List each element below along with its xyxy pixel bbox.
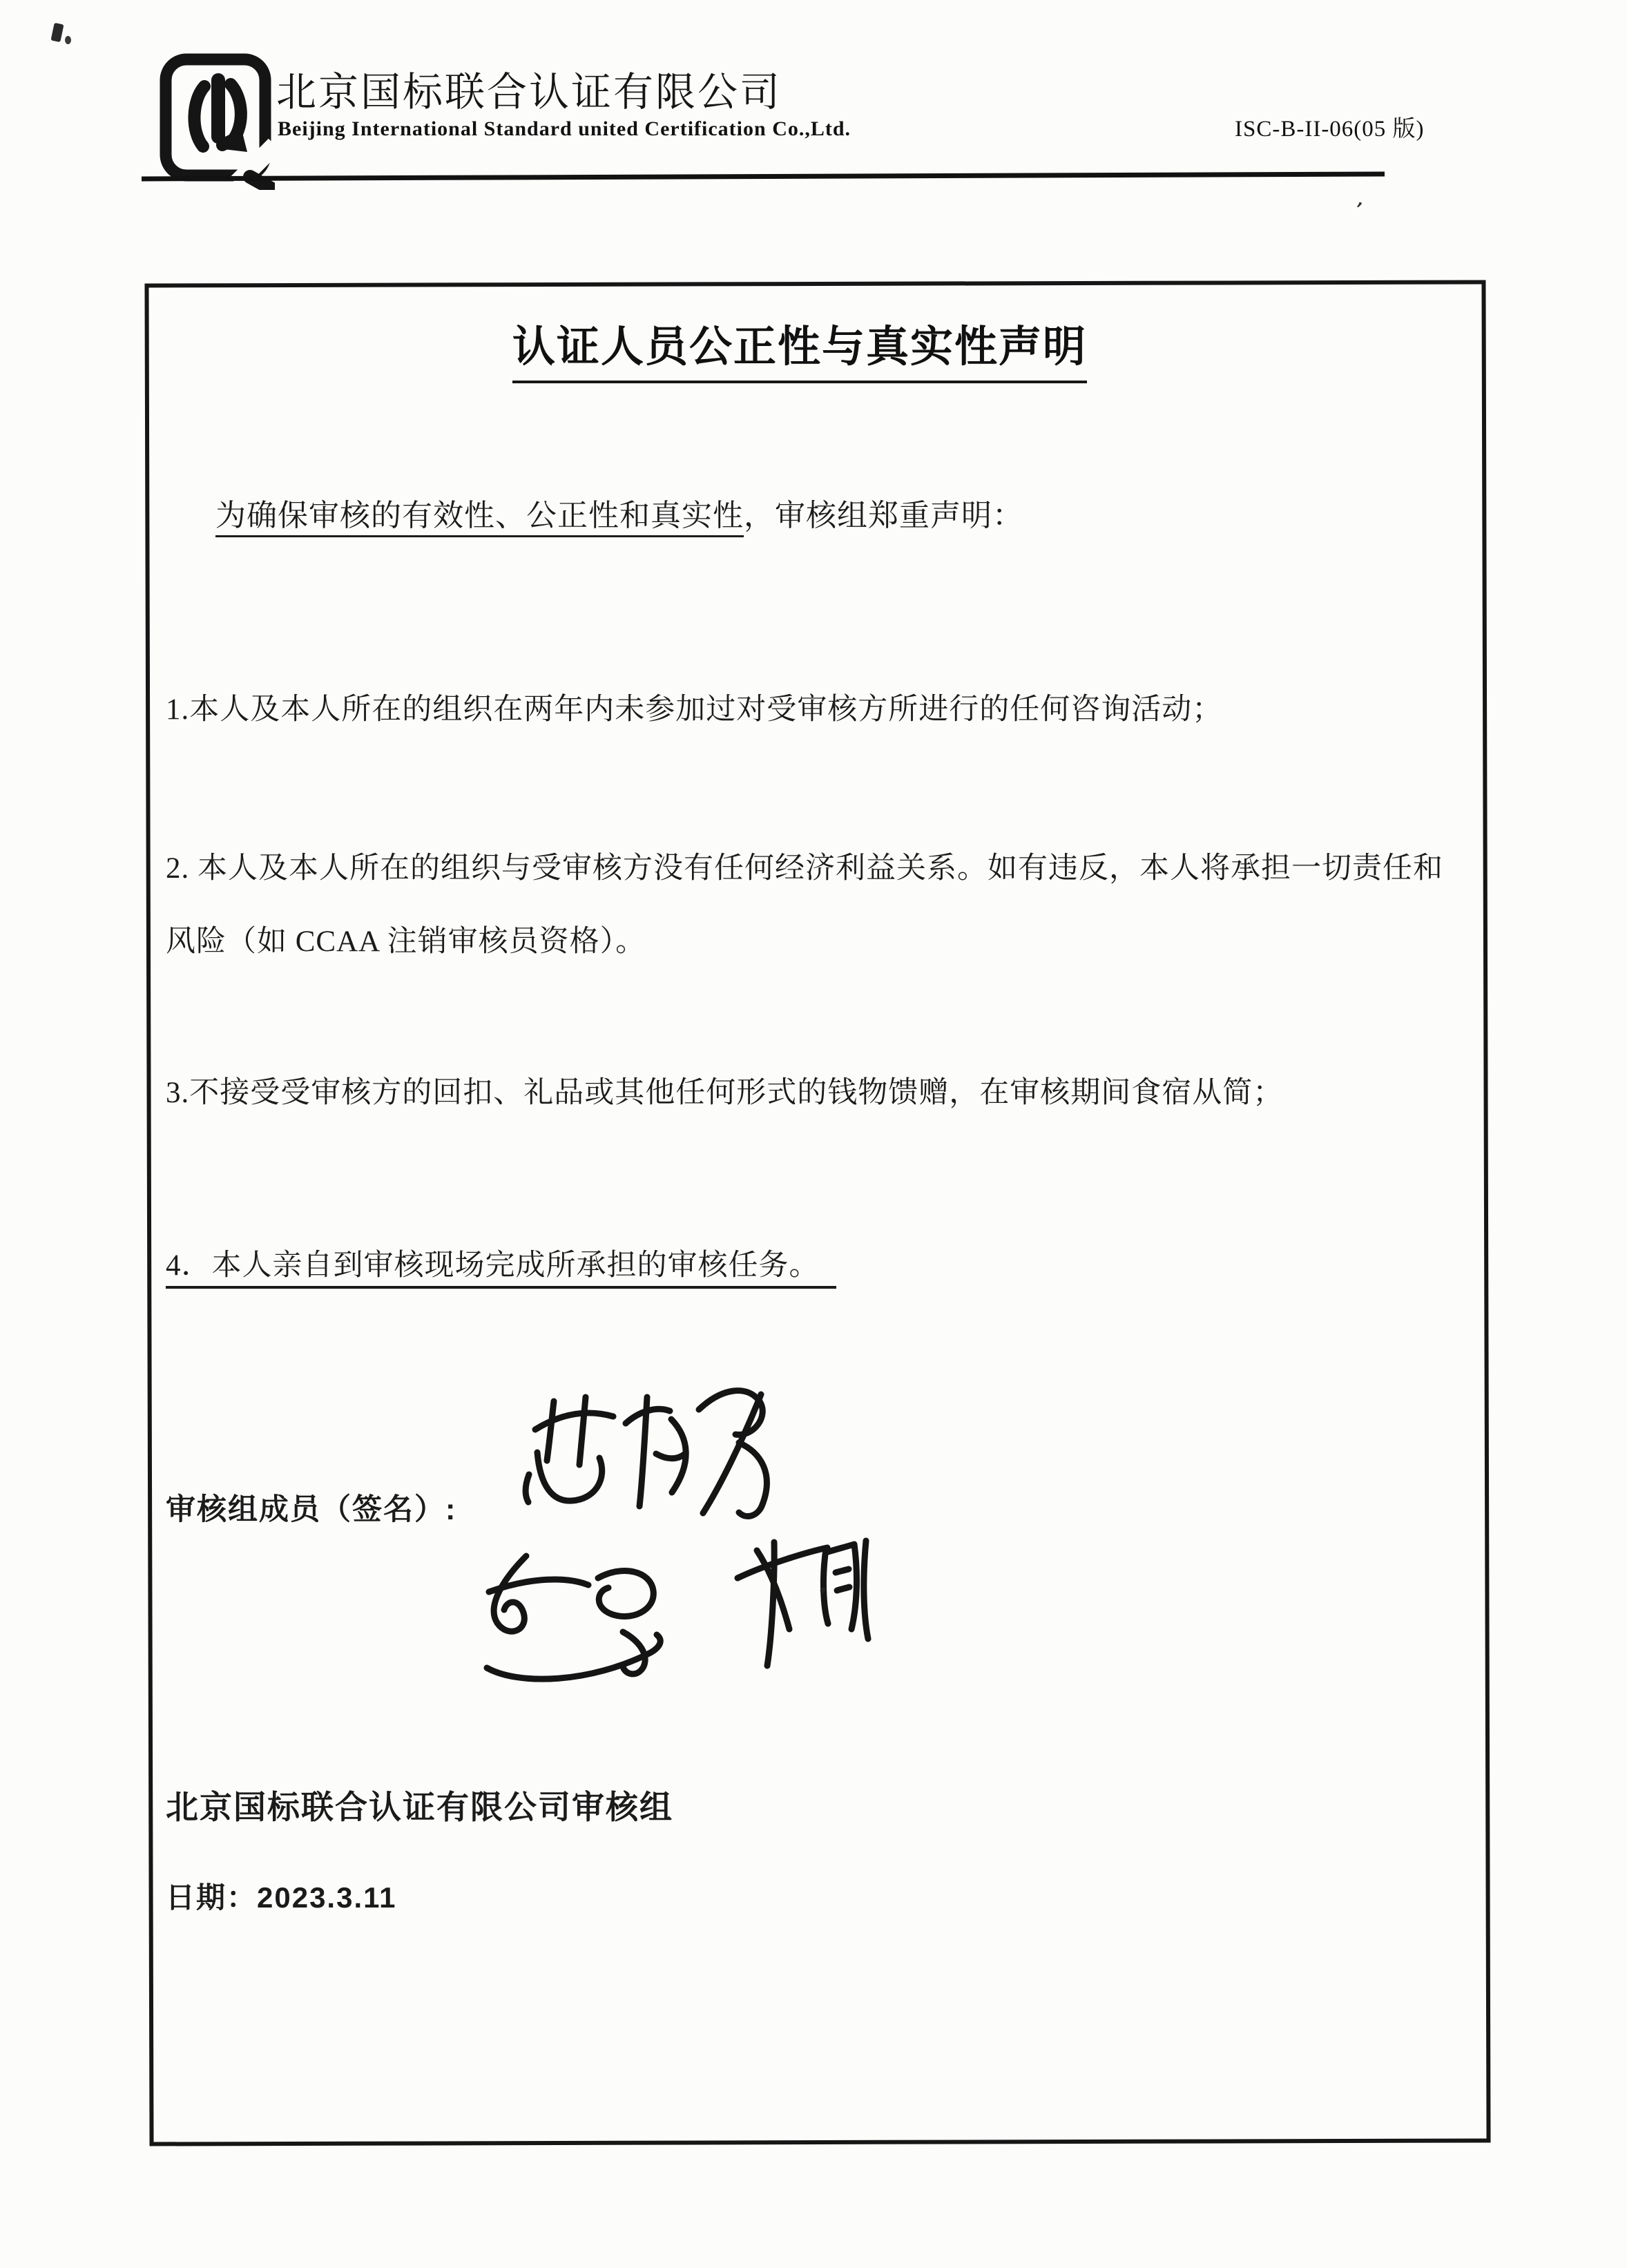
declaration-intro: 为确保审核的有效性、公正性和真实性，审核组郑重声明： <box>215 490 1023 535</box>
company-name-cn: 北京国标联合认证有限公司 <box>276 59 782 117</box>
declaration-title: 认证人员公正性与真实性声明 <box>512 312 1087 383</box>
scanned-document-page: 北京国标联合认证有限公司 Beijing International Stand… <box>0 0 1627 2268</box>
handwritten-signatures <box>449 1371 932 1702</box>
scan-tick-mark: ’ <box>1349 197 1365 225</box>
declaration-border-box <box>144 280 1490 2146</box>
signature-zhang-kun <box>487 1556 660 1679</box>
item-2-line-2: 风险（如 CCAA 注销审核员资格）。 <box>166 905 1443 979</box>
declaration-item-2: 2. 本人及本人所在的组织与受审核方没有任何经济利益关系。如有违反，本人将承担一… <box>166 832 1443 979</box>
document-code: ISC-B-II-06(05 版) <box>1235 110 1425 143</box>
declaration-item-4: 4．本人亲自到审核现场完成所承担的审核任务。 <box>166 1229 836 1303</box>
audit-team-line: 北京国标联合认证有限公司审核组 <box>166 1782 673 1828</box>
header-divider <box>142 172 1385 182</box>
scan-smudge <box>65 36 71 44</box>
item-4-line: 4．本人亲自到审核现场完成所承担的审核任务。 <box>166 1249 836 1289</box>
declaration-item-1: 1.本人及本人所在的组织在两年内未参加过对受审核方所进行的任何咨询活动； <box>166 673 1222 747</box>
signature-label: 审核组成员（签名）: <box>166 1486 456 1528</box>
company-logo-icon <box>159 48 275 190</box>
declaration-item-3: 3.不接受受审核方的回扣、礼品或其他任何形式的钱物馈赠，在审核期间食宿从简； <box>166 1057 1283 1130</box>
intro-underlined-text: 为确保审核的有效性、公正性和真实性 <box>215 499 744 537</box>
company-name-en: Beijing International Standard united Ce… <box>278 117 851 141</box>
signature-xi-ming <box>738 1541 868 1666</box>
item-2-line-1: 2. 本人及本人所在的组织与受审核方没有任何经济利益关系。如有违反，本人将承担一… <box>166 832 1443 905</box>
scan-smudge <box>50 23 64 42</box>
item-3-line: 3.不接受受审核方的回扣、礼品或其他任何形式的钱物馈赠，在审核期间食宿从简； <box>166 1057 1283 1130</box>
item-1-line: 1.本人及本人所在的组织在两年内未参加过对受审核方所进行的任何咨询活动； <box>166 673 1222 747</box>
intro-rest-text: ，审核组郑重声明： <box>744 499 1023 532</box>
signature-fan-lingling <box>526 1391 767 1517</box>
date-line: 日期：2023.3.11 <box>166 1875 397 1916</box>
